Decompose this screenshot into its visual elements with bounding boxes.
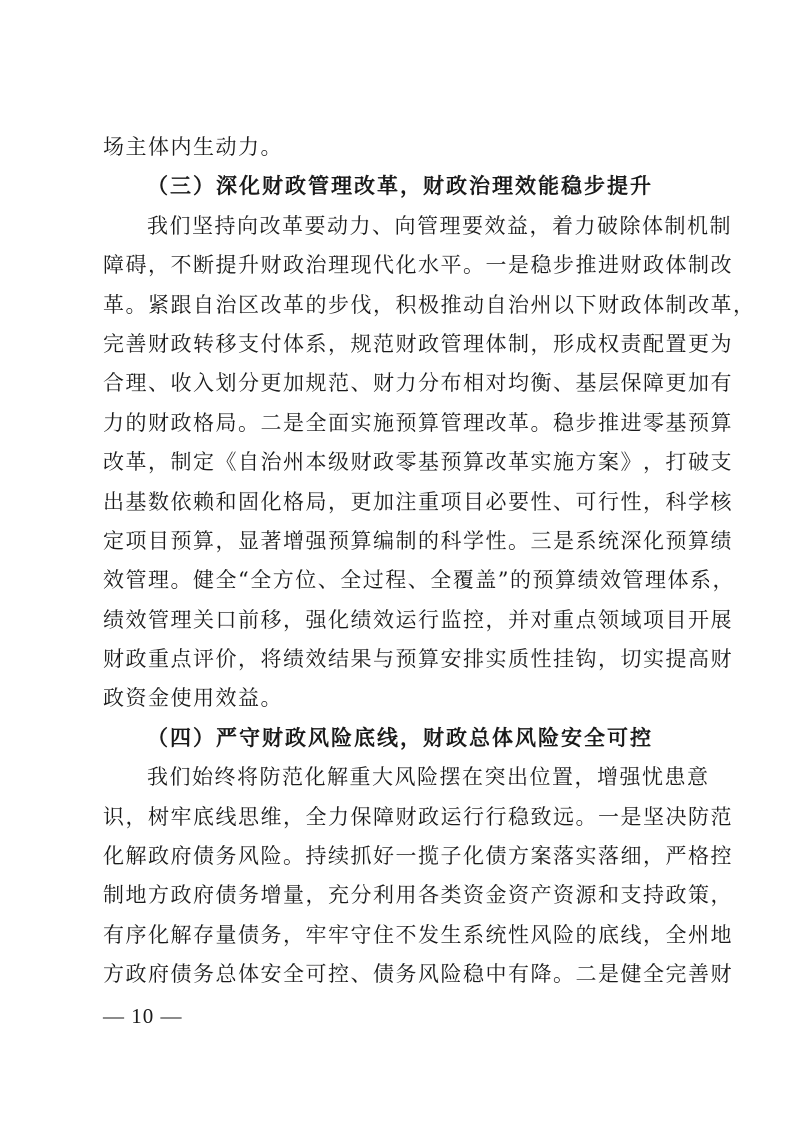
page-number: — 10 — [103, 1004, 183, 1029]
paragraph-line: 绩效管理关口前移，强化绩效运行监控，并对重点领域项目开展 [103, 601, 689, 640]
paragraph-line: 识，树牢底线思维，全力保障财政运行行稳致远。一是坚决防范 [103, 798, 689, 837]
paragraph-line: 出基数依赖和固化格局，更加注重项目必要性、可行性，科学核 [103, 483, 689, 522]
paragraph-line: 效管理。健全“全方位、全过程、全覆盖”的预算绩效管理体系， [103, 561, 689, 600]
paragraph-line: 完善财政转移支付体系，规范财政管理体制，形成权责配置更为 [103, 325, 689, 364]
paragraph-line: 场主体内生动力。 [103, 128, 689, 167]
paragraph-line: 财政重点评价，将绩效结果与预算安排实质性挂钩，切实提高财 [103, 640, 689, 679]
paragraph-line: 合理、收入划分更加规范、财力分布相对均衡、基层保障更加有 [103, 364, 689, 403]
paragraph-line: 化解政府债务风险。持续抓好一揽子化债方案落实落细，严格控 [103, 837, 689, 876]
section-heading-3: （三）深化财政管理改革，财政治理效能稳步提升 [103, 167, 689, 206]
paragraph-line: 制地方政府债务增量，充分利用各类资金资产资源和支持政策， [103, 876, 689, 915]
paragraph-line: 我们始终将防范化解重大风险摆在突出位置，增强忧患意 [103, 758, 689, 797]
document-page: 场主体内生动力。 （三）深化财政管理改革，财政治理效能稳步提升 我们坚持向改革要… [0, 0, 793, 1122]
paragraph-line: 有序化解存量债务，牢牢守住不发生系统性风险的底线，全州地 [103, 916, 689, 955]
paragraph-line: 我们坚持向改革要动力、向管理要效益，着力破除体制机制 [103, 207, 689, 246]
document-body: 场主体内生动力。 （三）深化财政管理改革，财政治理效能稳步提升 我们坚持向改革要… [103, 128, 689, 995]
paragraph-line: 力的财政格局。二是全面实施预算管理改革。稳步推进零基预算 [103, 404, 689, 443]
paragraph-line: 政资金使用效益。 [103, 679, 689, 718]
section-heading-4: （四）严守财政风险底线，财政总体风险安全可控 [103, 719, 689, 758]
paragraph-line: 定项目预算，显著增强预算编制的科学性。三是系统深化预算绩 [103, 522, 689, 561]
paragraph-line: 方政府债务总体安全可控、债务风险稳中有降。二是健全完善财 [103, 955, 689, 994]
paragraph-line: 革。紧跟自治区改革的步伐，积极推动自治州以下财政体制改革， [103, 286, 689, 325]
paragraph-line: 改革，制定《自治州本级财政零基预算改革实施方案》，打破支 [103, 443, 689, 482]
paragraph-line: 障碍，不断提升财政治理现代化水平。一是稳步推进财政体制改 [103, 246, 689, 285]
